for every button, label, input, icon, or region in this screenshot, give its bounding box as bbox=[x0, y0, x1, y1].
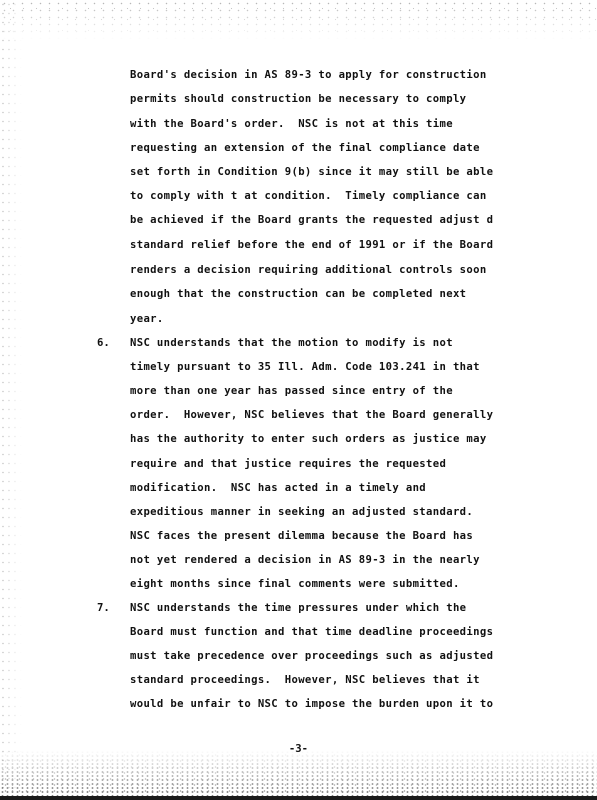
text-line: Board's decision in AS 89-3 to apply for… bbox=[130, 68, 487, 82]
item-number: 6. bbox=[97, 336, 110, 350]
text-line: set forth in Condition 9(b) since it may… bbox=[130, 165, 493, 179]
text-line: timely pursuant to 35 Ill. Adm. Code 103… bbox=[130, 360, 480, 374]
text-line: standard proceedings. However, NSC belie… bbox=[130, 673, 480, 687]
text-line: renders a decision requiring additional … bbox=[130, 263, 487, 277]
text-line: would be unfair to NSC to impose the bur… bbox=[130, 697, 493, 711]
text-line: has the authority to enter such orders a… bbox=[130, 432, 487, 446]
text-line: modification. NSC has acted in a timely … bbox=[130, 481, 426, 495]
text-line: permits should construction be necessary… bbox=[130, 92, 466, 106]
text-line: with the Board's order. NSC is not at th… bbox=[130, 117, 453, 131]
text-line: order. However, NSC believes that the Bo… bbox=[130, 408, 493, 422]
text-line: not yet rendered a decision in AS 89-3 i… bbox=[130, 553, 480, 567]
text-line: to comply with t at condition. Timely co… bbox=[130, 189, 487, 203]
text-line: Board must function and that time deadli… bbox=[130, 625, 493, 639]
text-line: eight months since final comments were s… bbox=[130, 577, 460, 591]
text-line: more than one year has passed since entr… bbox=[130, 384, 453, 398]
document-page: Board's decision in AS 89-3 to apply for… bbox=[0, 0, 597, 800]
text-line: require and that justice requires the re… bbox=[130, 457, 446, 471]
text-line: NSC faces the present dilemma because th… bbox=[130, 529, 473, 543]
text-line: enough that the construction can be comp… bbox=[130, 287, 466, 301]
text-line: be achieved if the Board grants the requ… bbox=[130, 213, 493, 227]
item-number: 7. bbox=[97, 601, 110, 615]
page-number: -3- bbox=[0, 742, 597, 756]
scan-edge-bottom bbox=[0, 796, 597, 800]
scan-noise-bottom bbox=[0, 750, 597, 800]
text-line: NSC understands that the motion to modif… bbox=[130, 336, 453, 350]
text-line: standard relief before the end of 1991 o… bbox=[130, 238, 493, 252]
text-line: must take precedence over proceedings su… bbox=[130, 649, 493, 663]
text-line: year. bbox=[130, 312, 164, 326]
scan-noise-top bbox=[0, 0, 597, 40]
text-line: requesting an extension of the final com… bbox=[130, 141, 480, 155]
text-line: expeditious manner in seeking an adjuste… bbox=[130, 505, 473, 519]
scan-noise-left bbox=[0, 0, 22, 800]
text-line: NSC understands the time pressures under… bbox=[130, 601, 466, 615]
